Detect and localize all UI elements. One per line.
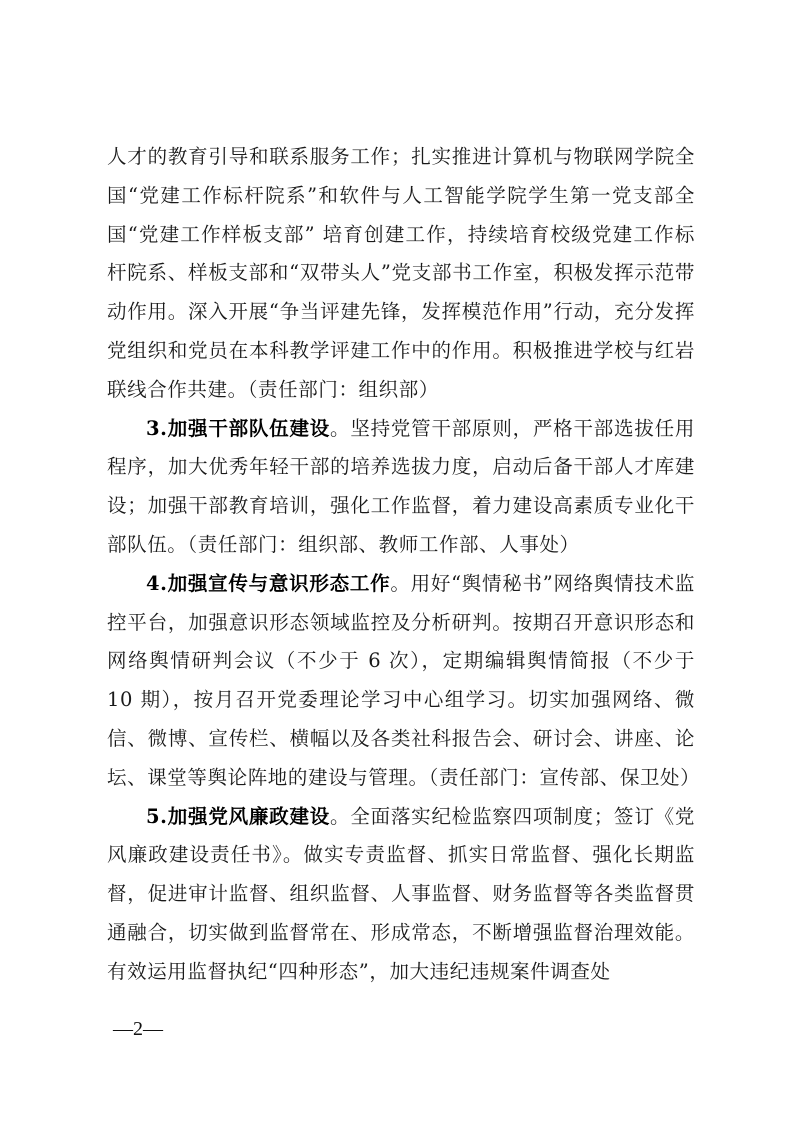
paragraph-heading: 5.加强党风廉政建设	[146, 805, 330, 828]
paragraph-continued: 人才的教育引导和联系服务工作；扎实推进计算机与物联网学院全国“党建工作标杆院系”…	[107, 138, 695, 410]
paragraph-integrity: 5.加强党风廉政建设。全面落实纪检监察四项制度；签订《党风廉政建设责任书》。做实…	[107, 798, 695, 992]
document-page: 人才的教育引导和联系服务工作；扎实推进计算机与物联网学院全国“党建工作标杆院系”…	[0, 0, 793, 1122]
paragraph-text: 。用好“舆情秘书”网络舆情技术监控平台，加强意识形态领域监控及分析研判。按期召开…	[107, 572, 700, 789]
paragraph-heading: 4.加强宣传与意识形态工作	[146, 572, 390, 595]
paragraph-cadre-team: 3.加强干部队伍建设。坚持党管干部原则，严格干部选拔任用程序，加大优秀年轻干部的…	[107, 410, 695, 565]
document-body: 人才的教育引导和联系服务工作；扎实推进计算机与物联网学院全国“党建工作标杆院系”…	[107, 138, 695, 992]
paragraph-heading: 3.加强干部队伍建设	[146, 417, 330, 440]
paragraph-text: 。全面落实纪检监察四项制度；签订《党风廉政建设责任书》。做实专责监督、抓实日常监…	[107, 805, 695, 983]
paragraph-publicity-ideology: 4.加强宣传与意识形态工作。用好“舆情秘书”网络舆情技术监控平台，加强意识形态领…	[107, 565, 695, 798]
paragraph-text: 人才的教育引导和联系服务工作；扎实推进计算机与物联网学院全国“党建工作标杆院系”…	[107, 145, 695, 401]
page-number: —2—	[113, 1018, 163, 1041]
